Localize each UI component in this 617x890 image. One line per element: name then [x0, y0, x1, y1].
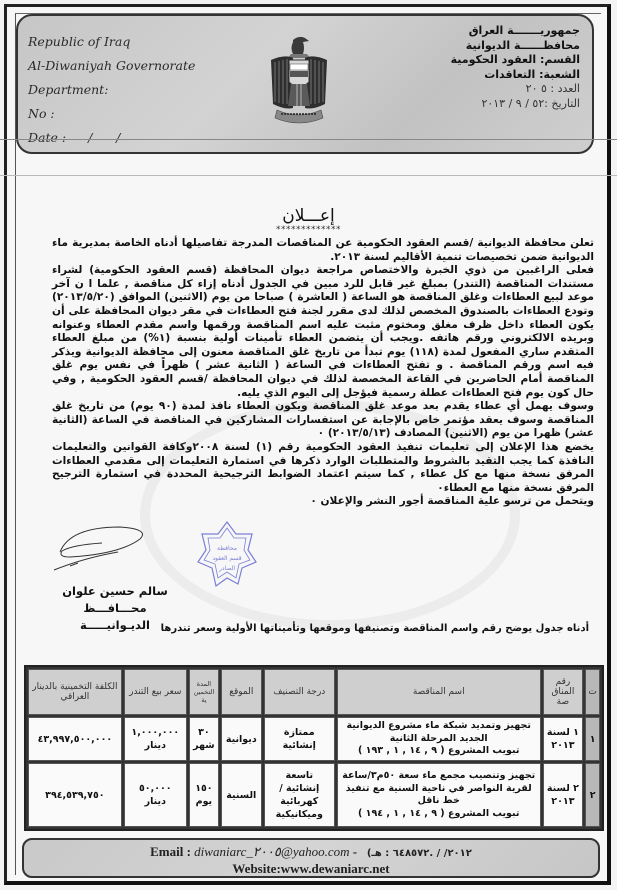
cell-tender-name: تجهيز وتنصيب مجمع ماء سعة ٥٠م٣/ساعة لقري… — [337, 763, 541, 827]
svg-text:قسم العقود: قسم العقود — [212, 555, 241, 562]
cell-duration: ٣٠ شهر — [189, 717, 219, 761]
footer-contact: Email : diwaniarc_٢٠٠٥@yahoo.com - (٢٠١٢… — [22, 838, 600, 878]
tender-number-text: ١ لسنة — [547, 726, 580, 739]
phone-number: (٢٠١٢/ / .٦٤٨٥٧٢ : هـ — [367, 848, 472, 859]
country-name: Republic of Iraq — [28, 30, 195, 54]
svg-text:الصادر: الصادر — [218, 565, 235, 572]
paragraph-fees: ويتحمل من ترسو علية المناقصة أجور النشر … — [52, 495, 594, 509]
date-row: Date : / / — [28, 126, 195, 150]
cell-duration: ١٥٠ يوم — [189, 763, 219, 827]
cell-estimated-cost: ٤٣,٩٩٧,٥٠٠,٠٠٠ — [28, 717, 122, 761]
table-caption: أدناه جدول يوضح رقم واسم المناقصة وتصنيف… — [161, 623, 589, 634]
email-link[interactable]: diwaniarc_٢٠٠٥@yahoo.com — [194, 844, 349, 859]
cell-estimated-cost: ٣٩٤,٥٣٩,٧٥٠ — [28, 763, 122, 827]
duration-value: ١٥٠ — [193, 782, 215, 795]
signer-block: سالم حسين علوان محـــافـــظ الديـوانيـــ… — [60, 583, 170, 634]
official-stamp-icon: محافظة قسم العقود الصادر — [196, 520, 258, 592]
price-currency: دينار — [128, 739, 183, 752]
price-value: ١,٠٠٠,٠٠٠ — [128, 726, 183, 739]
tender-name-line: تجهيز وتمديد شبكة ماء مشروع الديوانية — [341, 720, 537, 733]
cell-location: ديوانية — [221, 717, 262, 761]
republic-arabic: جمهوريـــــــة العراق — [451, 24, 580, 39]
classification-text: تاسعة إنشائية / — [268, 769, 331, 795]
header-tender-price: سعر بيع التندر — [124, 669, 187, 715]
scan-line-top — [0, 139, 617, 140]
paragraph-terms: فعلى الراغبين من ذوي الخبرة والاختصاص مر… — [52, 264, 594, 400]
cell-classification: تاسعة إنشائية / كهربائية وميكانيكية — [264, 763, 335, 827]
price-currency: دينار — [128, 795, 183, 808]
tender-name-line: لقرية النواصر في ناحية السنية مع تنفيذ خ… — [341, 783, 537, 808]
cell-tender-number: ٢ لسنة ٢٠١٣ — [543, 763, 584, 827]
website-link[interactable]: Website:www.dewaniarc.net — [24, 861, 598, 876]
classification-text: وميكانيكية — [268, 808, 331, 821]
project-code: تبويب المشروع ( ٩ , ١٤ , ١ , ١٩٤ ) — [341, 808, 537, 821]
governorate-arabic: محافظــــــة الديوانية — [451, 39, 580, 54]
price-value: ٥٠,٠٠٠ — [128, 782, 183, 795]
section-arabic: الشعبة: التعاقدات — [451, 68, 580, 83]
duration-value: ٣٠ — [193, 726, 215, 739]
department-label: Department: — [28, 78, 195, 102]
svg-text:محافظة: محافظة — [217, 545, 237, 552]
project-code: تبويب المشروع ( ٩ , ١٤ , ١ , ١٩٣ ) — [341, 745, 537, 758]
signer-title: محـــافـــظ الديـوانيـــــة — [60, 600, 170, 634]
title-stars: ************* — [0, 225, 617, 235]
cell-classification: ممتازة إنشائية — [264, 717, 335, 761]
table-row: ١ ١ لسنة ٢٠١٣ تجهيز وتمديد شبكة ماء مشرو… — [28, 717, 600, 761]
header-index: ت — [585, 669, 600, 715]
header-duration: المدة التخمين ية — [189, 669, 219, 715]
footer-separator: - — [350, 844, 367, 859]
tenders-table: ت رقم المناق صة اسم المناقصة درجة التصني… — [24, 665, 604, 831]
department-arabic: القسم: العقود الحكومية — [451, 53, 580, 68]
date-arabic: التاريخ :٥٢ / ٩ / ٢٠١٣ — [451, 97, 580, 112]
tender-number-text: ٢ لسنة — [547, 782, 580, 795]
email-label: Email : — [150, 844, 194, 859]
paragraph-validity: وسوف يهمل أي عطاء يقدم بعد موعد غلق المن… — [52, 400, 594, 441]
table-header-row: ت رقم المناق صة اسم المناقصة درجة التصني… — [28, 669, 600, 715]
cell-tender-price: ١,٠٠٠,٠٠٠ دينار — [124, 717, 187, 761]
divider-line — [0, 175, 617, 176]
header-location: الموقع — [221, 669, 262, 715]
cell-index: ٢ — [585, 763, 600, 827]
paragraph-regulations: يخضع هذا الإعلان إلى تعليمات تنفيذ العقو… — [52, 441, 594, 495]
letterhead-english: Republic of Iraq Al-Diwaniyah Governorat… — [28, 30, 195, 150]
signer-name: سالم حسين علوان — [60, 583, 170, 600]
classification-text: كهربائية — [268, 795, 331, 808]
cell-tender-price: ٥٠,٠٠٠ دينار — [124, 763, 187, 827]
letterhead-arabic: جمهوريـــــــة العراق محافظــــــة الديو… — [451, 24, 580, 111]
tender-name-line: الجديد المرحلة الثانية — [341, 733, 537, 746]
announcement-body: تعلن محافظة الديوانية /قسم العقود الحكوم… — [52, 237, 594, 509]
number-arabic: العدد : ٥ ٢٠ — [451, 82, 580, 97]
governorate-name: Al-Diwaniyah Governorate — [28, 54, 195, 78]
tender-name-line: تجهيز وتنصيب مجمع ماء سعة ٥٠م٣/ساعة — [341, 770, 537, 783]
duration-unit: شهر — [193, 739, 215, 752]
number-label: No : — [28, 102, 195, 126]
letterhead: Republic of Iraq Al-Diwaniyah Governorat… — [16, 14, 594, 154]
header-estimated-cost: الكلفة التخمينية بالدينار العراقي — [28, 669, 122, 715]
date-value: / / — [88, 126, 120, 150]
duration-unit: يوم — [193, 795, 215, 808]
tender-year-text: ٢٠١٣ — [547, 795, 580, 808]
header-tender-name: اسم المناقصة — [337, 669, 541, 715]
table-row: ٢ ٢ لسنة ٢٠١٣ تجهيز وتنصيب مجمع ماء سعة … — [28, 763, 600, 827]
date-label: Date : — [28, 130, 66, 145]
signature-icon — [50, 522, 150, 572]
classification-text: ممتازة إنشائية — [268, 726, 331, 752]
paragraph-intro: تعلن محافظة الديوانية /قسم العقود الحكوم… — [52, 237, 594, 264]
cell-tender-number: ١ لسنة ٢٠١٣ — [543, 717, 584, 761]
cell-index: ١ — [585, 717, 600, 761]
iraq-emblem-icon — [263, 34, 335, 142]
header-tender-number: رقم المناق صة — [543, 669, 584, 715]
cell-tender-name: تجهيز وتمديد شبكة ماء مشروع الديوانية ال… — [337, 717, 541, 761]
header-classification: درجة التصنيف — [264, 669, 335, 715]
announcement-title: إعـــلان — [0, 206, 617, 226]
footer-line-1: Email : diwaniarc_٢٠٠٥@yahoo.com - (٢٠١٢… — [24, 844, 598, 861]
tender-year-text: ٢٠١٣ — [547, 739, 580, 752]
cell-location: السنية — [221, 763, 262, 827]
